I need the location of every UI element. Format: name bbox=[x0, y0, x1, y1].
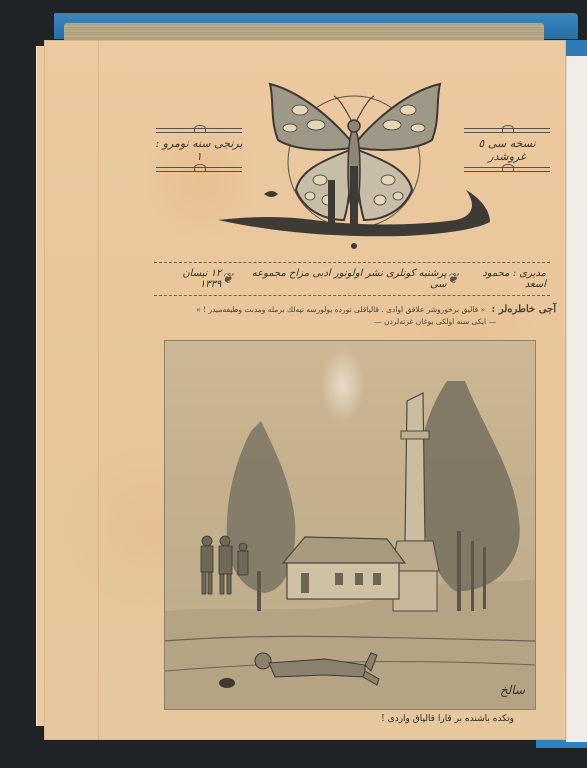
caption-line-1: « قالیق برخوروشر علاقق اوادی . قالپاقلی … bbox=[196, 305, 485, 314]
bottom-caption: وتکده باشنده بر قارا قالپاق واردی ! bbox=[334, 714, 514, 724]
publication-info-bar: مدیری : محمود اسعد ❦ پرشنبه کونلری نشر ا… bbox=[154, 262, 550, 296]
cover-illustration: سالخ bbox=[164, 340, 536, 710]
adjacent-white-sheet bbox=[566, 56, 587, 742]
issue-date: ١٢ نیسان ١٣٣٩ bbox=[158, 268, 221, 290]
ornament-separator-icon: ❦ bbox=[447, 271, 459, 287]
publication-description: پرشنبه کونلری نشر اولونور ادبی مزاح مجمو… bbox=[233, 268, 447, 290]
village-scene-drawing bbox=[165, 341, 535, 709]
caption-line-2: — ایکی سنه اولکی یوغان غزته‌لردن — bbox=[164, 316, 556, 328]
artist-signature: سالخ bbox=[500, 683, 525, 697]
page-fold-line bbox=[98, 40, 99, 740]
magazine-cover-page: برنجی سنه نومرو : ١ نسخه سی ٥ غروشدر bbox=[44, 40, 566, 740]
caption-lead: آجی خاطره‌لر : bbox=[492, 304, 556, 315]
masthead: کلبک bbox=[204, 70, 504, 260]
illustration-caption: آجی خاطره‌لر : « قالیق برخوروشر علاقق او… bbox=[164, 304, 556, 334]
masthead-title: کلبک bbox=[204, 210, 504, 211]
butterfly-icon bbox=[204, 70, 504, 260]
editor-name: مدیری : محمود اسعد bbox=[458, 268, 546, 290]
ornament-separator-icon: ❦ bbox=[221, 271, 233, 287]
